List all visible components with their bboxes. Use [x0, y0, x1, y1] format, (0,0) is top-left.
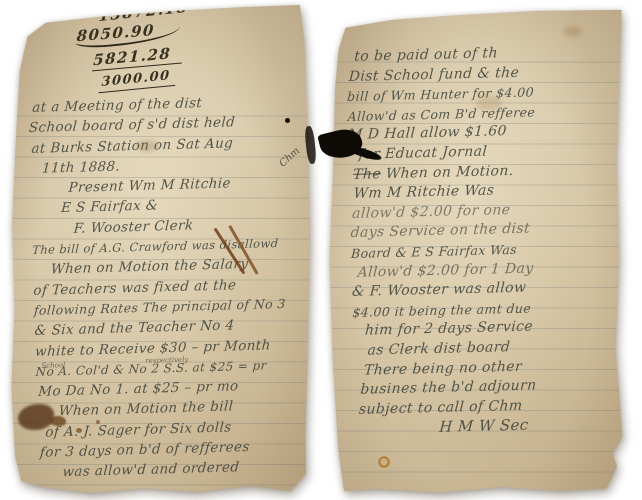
left-page: 13872.18 8050.90 5821.28 3000.00 at a Me… [6, 2, 312, 496]
right-page: to be paid out of th Dist School fund & … [326, 0, 626, 496]
interlinear-note: respectively [145, 350, 189, 371]
interlinear-note: School [41, 355, 65, 376]
stain [8, 448, 14, 461]
arithmetic-value: 8050.90 [76, 21, 155, 46]
right-page-wrapper: to be paid out of th Dist School fund & … [326, 0, 626, 496]
photo-canvas: { "colors": { "background": "#ffffff", "… [0, 0, 642, 500]
left-page-wrapper: 13872.18 8050.90 5821.28 3000.00 at a Me… [6, 2, 312, 496]
arithmetic-value: 3000.00 [101, 66, 171, 92]
right-page-text: to be paid out of th Dist School fund & … [346, 41, 629, 439]
left-page-text: at a Meeting of the dist School board of… [28, 90, 317, 483]
arithmetic-block: 13872.18 8050.90 5821.28 3000.00 [64, 0, 197, 96]
ring-stain [378, 456, 390, 468]
line-text: When on Motion. [385, 162, 514, 181]
stain [564, 26, 582, 37]
struck-word: The [353, 166, 382, 183]
signature-line: H M W Sec [439, 413, 630, 437]
